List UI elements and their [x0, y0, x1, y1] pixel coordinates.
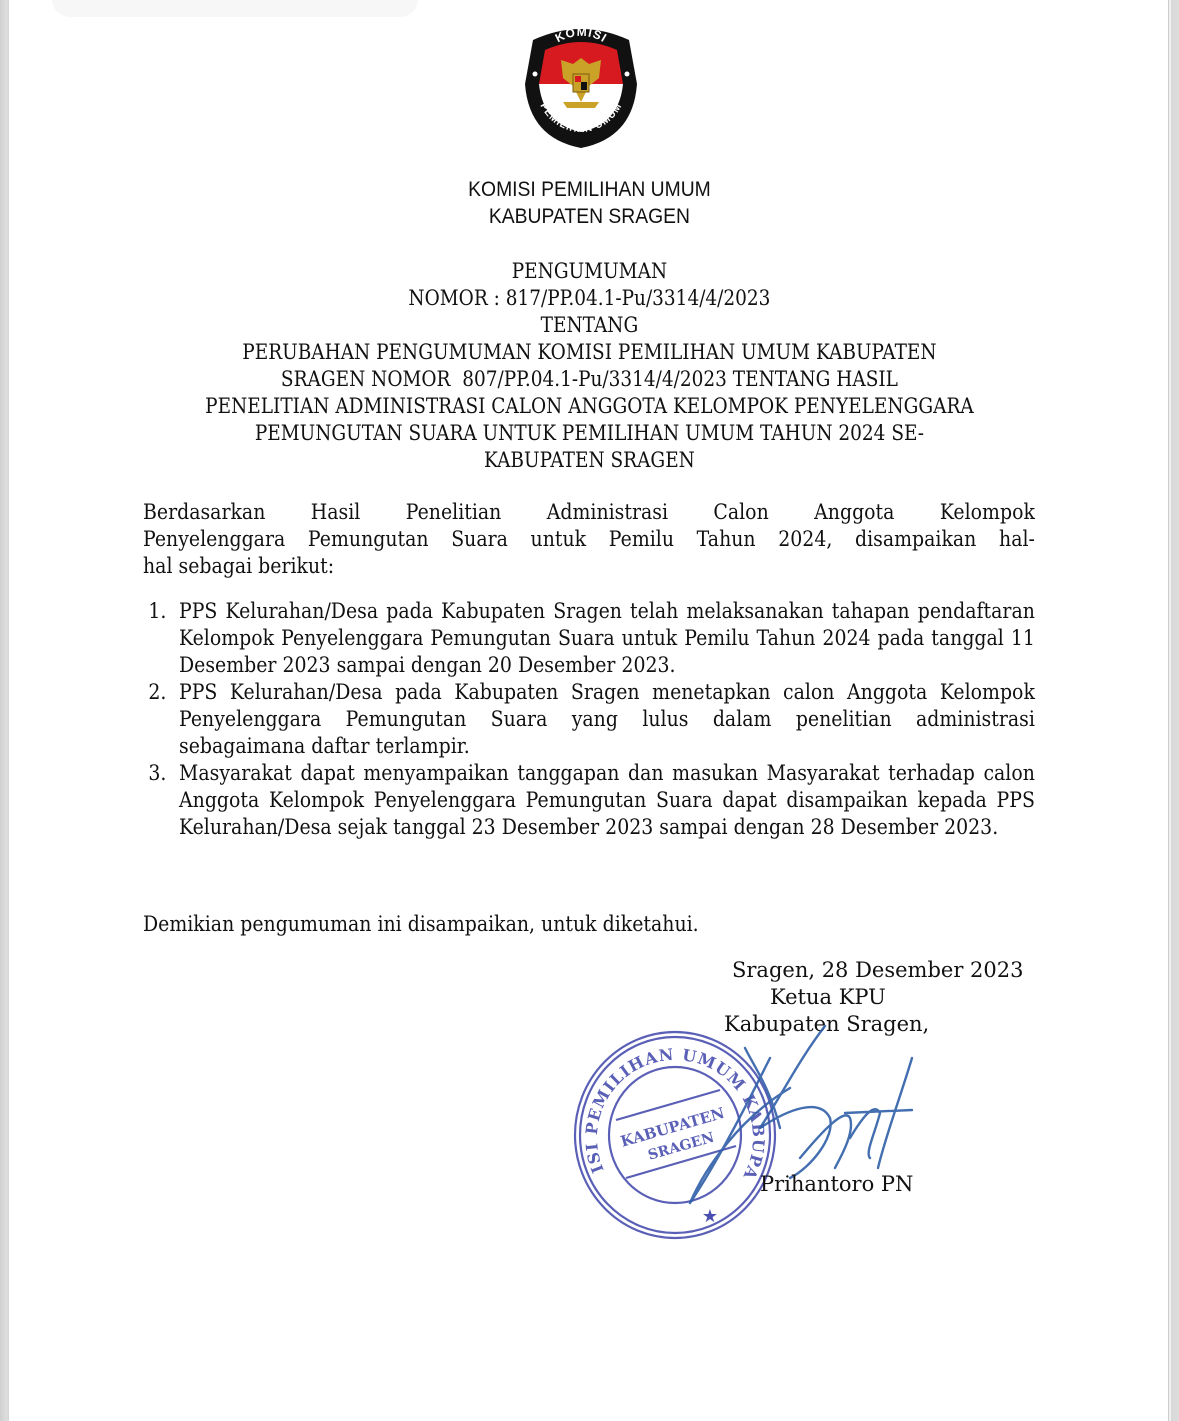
document-number: NOMOR : 817/PP.04.1-Pu/3314/4/2023 — [71, 285, 1109, 312]
scrollbar-track[interactable] — [1169, 0, 1179, 1421]
list-item: 3. Masyarakat dapat menyampaikan tanggap… — [143, 760, 1035, 841]
subject-line: SRAGEN NOMOR 807/PP.04.1-Pu/3314/4/2023 … — [71, 366, 1109, 393]
signer-name: Prihantoro PN — [760, 1171, 913, 1198]
intro-line: Penyelenggara Pemungutan Suara untuk Pem… — [143, 526, 1035, 553]
item-number: 2. — [148, 679, 166, 706]
list-item: 2. PPS Kelurahan/Desa pada Kabupaten Sra… — [143, 679, 1035, 760]
list-item: 1. PPS Kelurahan/Desa pada Kabupaten Sra… — [143, 598, 1035, 679]
sign-place-date: Sragen, 28 Desember 2023 — [732, 957, 1024, 984]
closing-statement: Demikian pengumuman ini disampaikan, unt… — [143, 911, 1035, 938]
org-name-line1: KOMISI PEMILIHAN UMUM — [47, 176, 1132, 203]
org-name-line2: KABUPATEN SRAGEN — [47, 203, 1132, 230]
sign-role: Ketua KPU — [770, 984, 886, 1011]
kpu-garuda-logo-icon: KOMISI PEMILIHAN UMUM — [521, 20, 641, 150]
item-text: Masyarakat dapat menyampaikan tanggapan … — [179, 760, 1035, 841]
intro-paragraph: Berdasarkan Hasil Penelitian Administras… — [143, 499, 1035, 580]
top-toolbar-tab — [52, 0, 418, 17]
item-text: PPS Kelurahan/Desa pada Kabupaten Sragen… — [179, 598, 1035, 679]
subject-line: PEMUNGUTAN SUARA UNTUK PEMILIHAN UMUM TA… — [71, 420, 1109, 447]
subject-line: PENELITIAN ADMINISTRASI CALON ANGGOTA KE… — [71, 393, 1109, 420]
item-number: 3. — [148, 760, 166, 787]
announcement-items: 1. PPS Kelurahan/Desa pada Kabupaten Sra… — [143, 598, 1035, 841]
subject-line: PERUBAHAN PENGUMUMAN KOMISI PEMILIHAN UM… — [71, 339, 1109, 366]
document-about: TENTANG — [71, 312, 1109, 339]
subject-line: KABUPATEN SRAGEN — [71, 447, 1109, 474]
item-number: 1. — [148, 598, 166, 625]
document-type: PENGUMUMAN — [71, 258, 1109, 285]
announcement-title: PENGUMUMAN NOMOR : 817/PP.04.1-Pu/3314/4… — [71, 258, 1109, 474]
intro-line: Berdasarkan Hasil Penelitian Administras… — [143, 499, 1035, 526]
item-text: PPS Kelurahan/Desa pada Kabupaten Sragen… — [179, 679, 1035, 760]
organization-header: KOMISI PEMILIHAN UMUM KABUPATEN SRAGEN — [47, 176, 1132, 230]
intro-line: hal sebagai berikut: — [143, 553, 1035, 580]
page-edge-left — [0, 0, 9, 1421]
